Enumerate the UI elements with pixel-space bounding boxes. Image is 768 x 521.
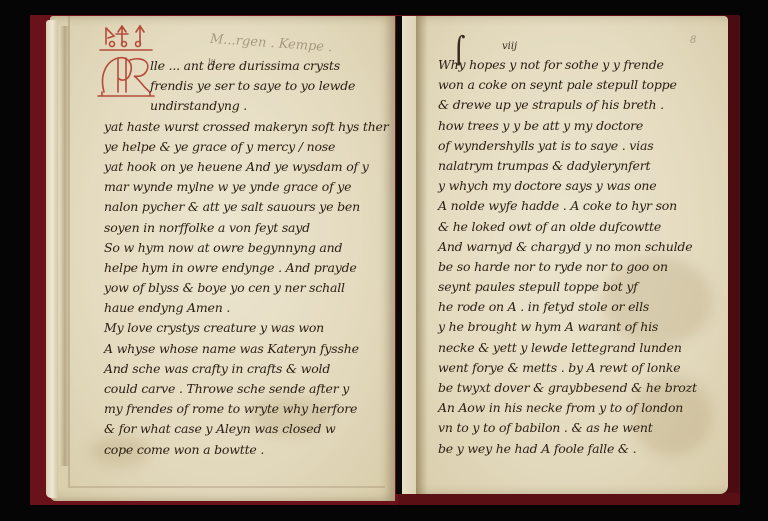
right-page-stub <box>402 16 416 494</box>
text-line: And sche was crafty in crafts & wold <box>104 359 394 379</box>
text-line: of wyndershylls yat is to saye . vias <box>438 136 723 156</box>
text-line: A nolde wyfe hadde . A coke to hyr son <box>438 196 723 216</box>
text-line: nalatrym trumpas & dadylerynfert <box>438 156 723 176</box>
text-line: soyen in norffolke a von feyt sayd <box>104 218 394 238</box>
right-page-text: Why hopes y not for sothe y y frende won… <box>438 55 723 459</box>
text-line: My love crystys creature y was won <box>104 318 394 338</box>
text-line: vn to y to of babilon . & as he went <box>438 418 723 438</box>
text-line: yow of blyss & boye yo cen y ner schall <box>104 278 394 298</box>
text-line: seynt paules stepull toppe bot yf <box>438 277 723 297</box>
text-line: be y wey he had A foole falle & . <box>438 439 723 459</box>
right-page-binding-shadow <box>416 16 428 494</box>
text-line: And warnyd & chargyd y no mon schulde <box>438 237 723 257</box>
text-line: won a coke on seynt pale stepull toppe <box>438 75 723 95</box>
text-line: haue endyng Amen . <box>104 298 394 318</box>
text-line: So w hym now at owre begynnyng and <box>104 238 394 258</box>
text-line: A whyse whose name was Kateryn fysshe <box>104 339 394 359</box>
text-line: y he brought w hym A warant of his <box>438 317 723 337</box>
text-line: cope come won a bowtte . <box>104 440 394 460</box>
left-page-fore-edge <box>46 20 58 498</box>
text-line: frendis ye ser to saye to yo lewde <box>104 76 394 96</box>
text-line: be twyxt dover & graybbesend & he brozt <box>438 378 723 398</box>
text-line: y whych my doctore says y was one <box>438 176 723 196</box>
text-line: mar wynde mylne w ye ynde grace of ye <box>104 177 394 197</box>
text-line: yat hook on ye heuene And ye wysdam of y <box>104 157 394 177</box>
text-line: be so harde nor to ryde nor to goo on <box>438 257 723 277</box>
text-line: went forye & metts . by A rewt of lonke <box>438 358 723 378</box>
text-line: & drewe up ye strapuls of his breth . <box>438 95 723 115</box>
pencil-page-number: 8 <box>690 35 696 46</box>
text-line: helpe hym in owre endynge . And prayde <box>104 258 394 278</box>
text-line: my frendes of rome to wryte why herfore <box>104 399 394 419</box>
text-line: & he loked owt of an olde dufcowtte <box>438 217 723 237</box>
text-line: nalon pycher & att ye salt sauours ye be… <box>104 197 394 217</box>
text-line: how trees y y be att y my doctore <box>438 116 723 136</box>
text-line: yat haste wurst crossed makeryn soft hys… <box>104 117 394 137</box>
left-page-text: lle ... ant dere durissima crysts frendi… <box>104 56 394 460</box>
text-line: ye helpe & ye grace of y mercy / nose <box>104 137 394 157</box>
text-line: he rode on A . in fetyd stole or ells <box>438 297 723 317</box>
text-line: undirstandyng . <box>104 96 394 116</box>
folio-number: viij <box>502 41 517 52</box>
text-line: Why hopes y not for sothe y y frende <box>438 55 723 75</box>
text-line: lle ... ant dere durissima crysts <box>104 56 394 76</box>
text-line: necke & yett y lewde lettegrand lunden <box>438 338 723 358</box>
text-line: An Aow in his necke from y to of london <box>438 398 723 418</box>
text-line: & for what case y Aleyn was closed w <box>104 419 394 439</box>
text-line: could carve . Throwe sche sende after y <box>104 379 394 399</box>
